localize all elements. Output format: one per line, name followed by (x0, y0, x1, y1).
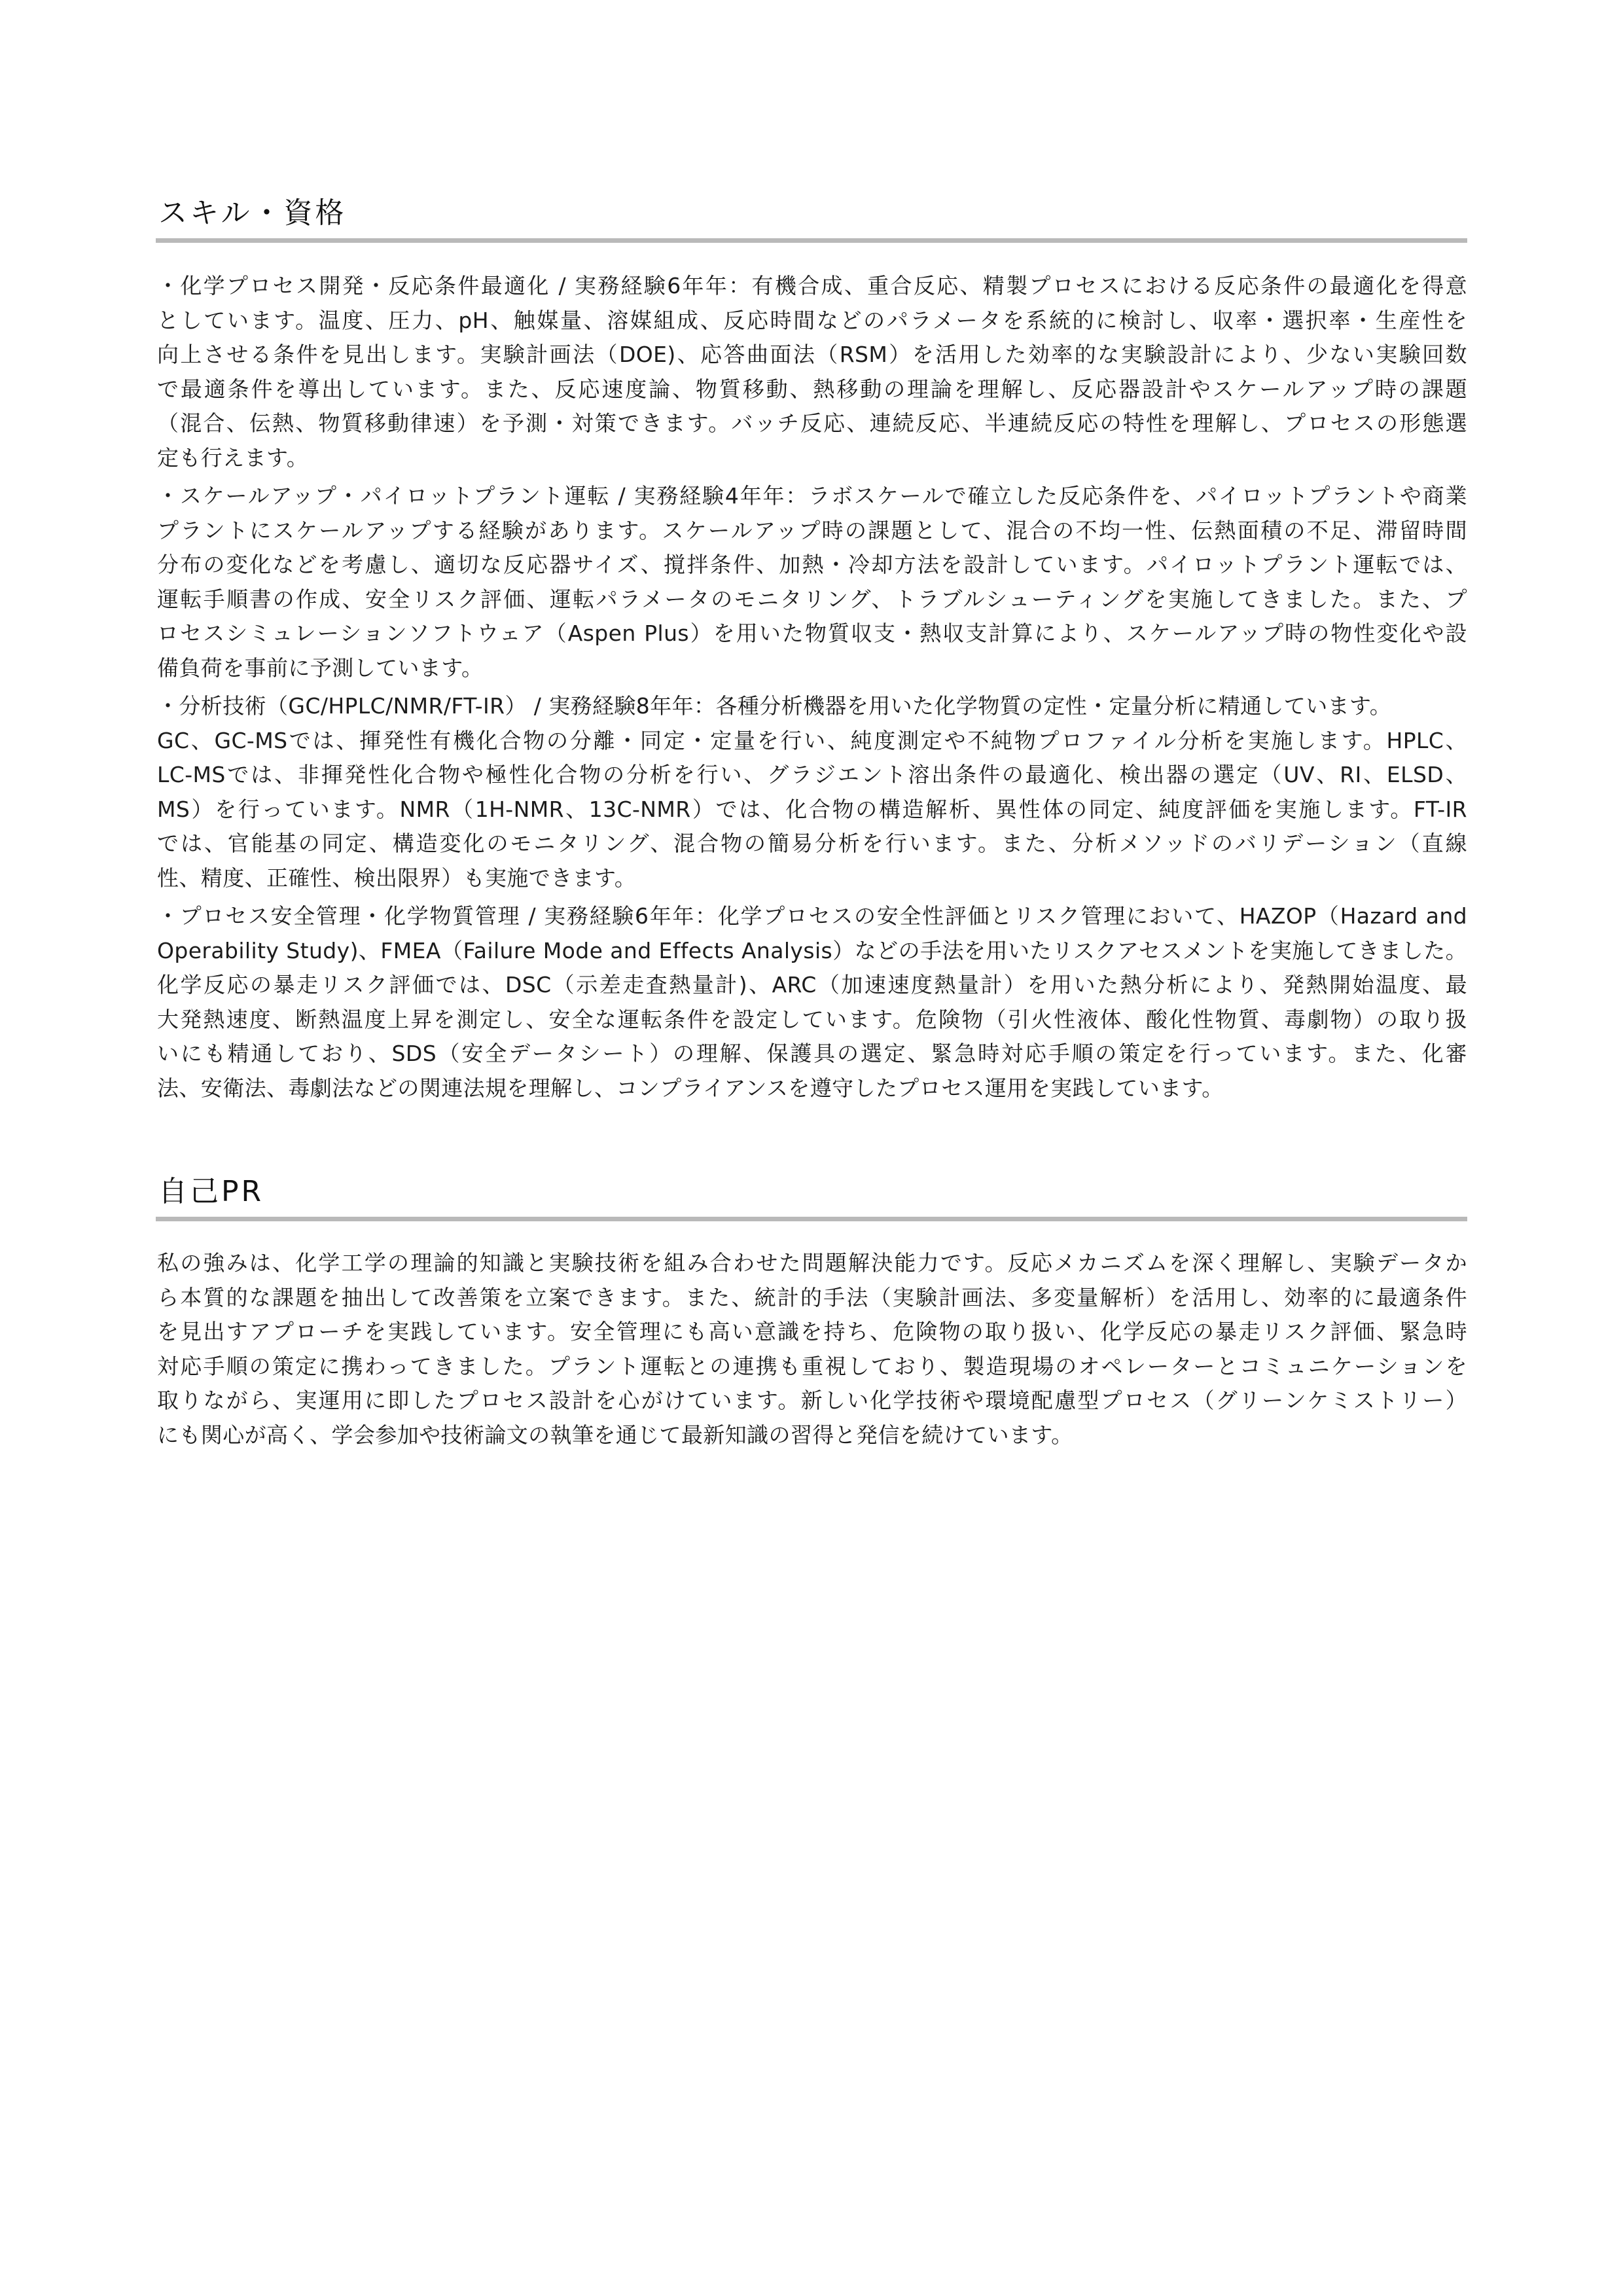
text-line: 向上させる条件を見出します。実験計画法（DOE)、応答曲面法（RSM）を活用した… (157, 338, 1467, 372)
text-line: 化学反応の暴走リスク評価では、DSC（示差走査熱量計)、ARC（加速速度熱量計）… (157, 968, 1467, 1003)
skill-paragraph-process-safety: ・プロセス安全管理・化学物質管理 / 実務経験6年年：化学プロセスの安全性評価と… (157, 899, 1467, 1105)
text-line: 私の強みは、化学工学の理論的知識と実験技術を組み合わせた問題解決能力です。反応メ… (157, 1246, 1467, 1281)
text-line: 運転手順書の作成、安全リスク評価、運転パラメータのモニタリング、トラブルシューテ… (157, 583, 1467, 617)
text-line: 備負荷を事前に予測しています。 (157, 651, 1467, 686)
text-line: プラントにスケールアップする経験があります。スケールアップ時の課題として、混合の… (157, 514, 1467, 548)
section-self-pr: 自己PR 私の強みは、化学工学の理論的知識と実験技術を組み合わせた問題解決能力で… (157, 1175, 1467, 1452)
text-line: LC-MSでは、非揮発性化合物や極性化合物の分析を行い、グラジエント溶出条件の最… (157, 758, 1467, 793)
section-skills: スキル・資格 ・化学プロセス開発・反応条件最適化 / 実務経験6年年：有機合成、… (157, 196, 1467, 1105)
text-line: 法、安衛法、毒劇法などの関連法規を理解し、コンプライアンスを遵守したプロセス運用… (157, 1071, 1467, 1106)
text-line: にも関心が高く、学会参加や技術論文の執筆を通じて最新知識の習得と発信を続けていま… (157, 1418, 1467, 1453)
section-title-self-pr: 自己PR (157, 1175, 1467, 1209)
text-line: MS）を行っています。NMR（1H-NMR、13C-NMR）では、化合物の構造解… (157, 793, 1467, 827)
text-line: GC、GC-MSでは、揮発性有機化合物の分離・同定・定量を行い、純度測定や不純物… (157, 724, 1467, 759)
text-line: 性、精度、正確性、検出限界）も実施できます。 (157, 861, 1467, 896)
text-line: 取りながら、実運用に即したプロセス設計を心がけています。新しい化学技術や環境配慮… (157, 1384, 1467, 1418)
skill-paragraph-scale-up: ・スケールアップ・パイロットプラント運転 / 実務経験4年年：ラボスケールで確立… (157, 479, 1467, 685)
skill-paragraph-process-development: ・化学プロセス開発・反応条件最適化 / 実務経験6年年：有機合成、重合反応、精製… (157, 269, 1467, 475)
text-line: ・分析技術（GC/HPLC/NMR/FT-IR） / 実務経験8年年：各種分析機… (157, 689, 1467, 724)
text-line: ら本質的な課題を抽出して改善策を立案できます。また、統計的手法（実験計画法、多変… (157, 1281, 1467, 1316)
text-line: としています。温度、圧力、pH、触媒量、溶媒組成、反応時間などのパラメータを系統… (157, 304, 1467, 338)
text-line: で最適条件を導出しています。また、反応速度論、物質移動、熱移動の理論を理解し、反… (157, 372, 1467, 407)
self-pr-paragraph: 私の強みは、化学工学の理論的知識と実験技術を組み合わせた問題解決能力です。反応メ… (157, 1246, 1467, 1452)
skills-body: ・化学プロセス開発・反応条件最適化 / 実務経験6年年：有機合成、重合反応、精製… (157, 269, 1467, 1105)
text-line: ・プロセス安全管理・化学物質管理 / 実務経験6年年：化学プロセスの安全性評価と… (157, 899, 1467, 934)
self-pr-body: 私の強みは、化学工学の理論的知識と実験技術を組み合わせた問題解決能力です。反応メ… (157, 1246, 1467, 1452)
skill-paragraph-analytics: ・分析技術（GC/HPLC/NMR/FT-IR） / 実務経験8年年：各種分析機… (157, 689, 1467, 895)
section-divider (156, 1217, 1467, 1221)
text-line: いにも精通しており、SDS（安全データシート）の理解、保護具の選定、緊急時対応手… (157, 1037, 1467, 1071)
text-line: 分布の変化などを考慮し、適切な反応器サイズ、撹拌条件、加熱・冷却方法を設計してい… (157, 548, 1467, 583)
text-line: （混合、伝熱、物質移動律速）を予測・対策できます。バッチ反応、連続反応、半連続反… (157, 406, 1467, 441)
section-divider (156, 238, 1467, 243)
text-line: ロセスシミュレーションソフトウェア（Aspen Plus）を用いた物質収支・熱収… (157, 617, 1467, 651)
text-line: 大発熱速度、断熱温度上昇を測定し、安全な運転条件を設定しています。危険物（引火性… (157, 1003, 1467, 1037)
text-line: ・化学プロセス開発・反応条件最適化 / 実務経験6年年：有機合成、重合反応、精製… (157, 269, 1467, 304)
text-line: 対応手順の策定に携わってきました。プラント運転との連携も重視しており、製造現場の… (157, 1350, 1467, 1384)
section-title-skills: スキル・資格 (157, 196, 1467, 230)
text-line: Operability Study)、FMEA（Failure Mode and… (157, 934, 1467, 969)
text-line: を見出すアプローチを実践しています。安全管理にも高い意識を持ち、危険物の取り扱い… (157, 1315, 1467, 1350)
text-line: ・スケールアップ・パイロットプラント運転 / 実務経験4年年：ラボスケールで確立… (157, 479, 1467, 514)
text-line: 定も行えます。 (157, 441, 1467, 476)
text-line: では、官能基の同定、構造変化のモニタリング、混合物の簡易分析を行います。また、分… (157, 827, 1467, 861)
